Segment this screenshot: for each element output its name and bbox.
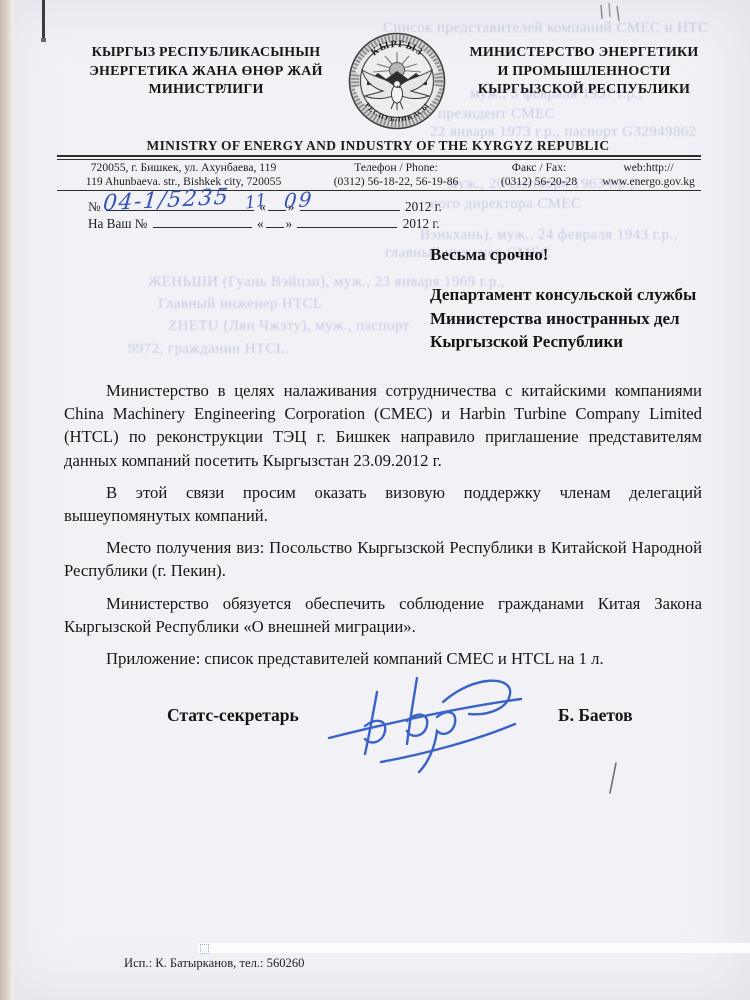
body-paragraph: Министерство обязуется обеспечить соблюд… — [64, 592, 702, 638]
addressee-line: Кыргызской Республики — [430, 330, 696, 354]
scan-blue-dot — [200, 944, 209, 954]
scan-white-band — [198, 943, 750, 953]
urgency-note: Весьма срочно! — [430, 245, 548, 265]
web-label: web:http:// — [596, 161, 701, 175]
org-name-kyrgyz: КЫРГЫЗ РЕСПУБЛИКАСЫНЫН ЭНЕРГЕТИКА ЖАНА Ө… — [62, 44, 350, 100]
org-name-kyrgyz-line: КЫРГЫЗ РЕСПУБЛИКАСЫНЫН — [62, 44, 350, 63]
punch-mark-line — [42, 0, 45, 39]
signature-title: Статс-секретарь — [167, 705, 299, 726]
fax-value: (0312) 56-20-28 — [482, 175, 596, 189]
addressee-block: Департамент консульской службы Министерс… — [430, 283, 696, 354]
handwritten-month: 09 — [283, 187, 314, 213]
org-name-russian-line: КЫРГЫЗСКОЙ РЕСПУБЛИКИ — [448, 81, 720, 100]
contact-table: 720055, г. Бишкек, ул. Ахунбаева, 119 11… — [57, 161, 701, 191]
ref-number-label: № — [88, 199, 101, 214]
handwritten-day: 11 — [244, 190, 267, 214]
org-name-russian-line: МИНИСТЕРСТВО ЭНЕРГЕТИКИ — [448, 44, 720, 63]
header-double-rule — [57, 155, 701, 160]
ghost-text-line: Главный инженер HTCL — [158, 296, 323, 313]
web-value: www.energo.gov.kg — [596, 175, 701, 189]
ref-onyour-blank — [153, 215, 252, 228]
address-ru: 720055, г. Бишкек, ул. Ахунбаева, 119 — [57, 161, 310, 175]
phone-value: (0312) 56-18-22, 56-19-86 — [310, 175, 482, 189]
contact-fax: Факс / Fax: (0312) 56-20-28 — [482, 161, 596, 190]
stray-pen-mark — [603, 760, 623, 798]
signature-scribble — [325, 666, 530, 781]
ref-onyour-label: На Ваш № — [88, 216, 147, 231]
scan-edge-strip — [0, 0, 13, 1000]
ghost-text-line: 9972, гражданин HTCL. — [128, 341, 290, 358]
ghost-text-line: ZHETU (Лян Чжэту), муж., паспорт — [168, 318, 410, 335]
ghost-text-line: президент СМЕС — [438, 106, 555, 123]
contact-address: 720055, г. Бишкек, ул. Ахунбаева, 119 11… — [57, 161, 310, 190]
quote-close: » — [286, 216, 293, 231]
footer-executor: Исп.: К. Батырканов, тел.: 560260 — [124, 956, 304, 971]
addressee-line: Министерства иностранных дел — [430, 307, 696, 331]
ref-year: 2012 г. — [403, 216, 440, 231]
ghost-text-line: Вэньхань), муж., 24 февраля 1943 г.р., — [420, 227, 678, 244]
fax-label: Факс / Fax: — [482, 161, 596, 175]
body-paragraph: Министерство в целях налаживания сотрудн… — [64, 379, 702, 472]
org-name-kyrgyz-line: ЭНЕРГЕТИКА ЖАНА ӨНӨР ЖАЙ — [62, 63, 350, 82]
scanned-letter-page: Список представителей компаний СМЕС и НТ… — [0, 0, 750, 1000]
ref-onyour-day-blank — [266, 215, 284, 228]
addressee-line: Департамент консульской службы — [430, 283, 696, 307]
contact-phone: Телефон / Phone: (0312) 56-18-22, 56-19-… — [310, 161, 482, 190]
letter-body: Министерство в целях налаживания сотрудн… — [64, 379, 702, 679]
org-name-russian-line: И ПРОМЫШЛЕННОСТИ — [448, 63, 720, 82]
org-name-kyrgyz-line: МИНИСТРЛИГИ — [62, 81, 350, 100]
body-paragraph: В этой связи просим оказать визовую подд… — [64, 481, 702, 527]
ministry-banner-en: MINISTRY OF ENERGY AND INDUSTRY OF THE K… — [55, 138, 701, 154]
signatory-name: Б. Баетов — [558, 705, 633, 726]
ref-onyour-row: На Ваш № «» 2012 г. — [88, 215, 440, 232]
ghost-text-line: ного директора СМЕС — [430, 196, 581, 213]
org-name-russian: МИНИСТЕРСТВО ЭНЕРГЕТИКИ И ПРОМЫШЛЕННОСТИ… — [448, 44, 720, 100]
body-paragraph: Место получения виз: Посольство Кыргызск… — [64, 536, 702, 582]
national-emblem: КЫРГЫЗ РЕСПУБЛИКАСЫ — [347, 30, 447, 132]
ref-month-blank — [300, 198, 400, 211]
quote-open: « — [257, 216, 264, 231]
phone-label: Телефон / Phone: — [310, 161, 482, 175]
contact-web: web:http:// www.energo.gov.kg — [596, 161, 701, 190]
ref-onyour-month-blank — [297, 215, 397, 228]
ref-year: 2012 г. — [405, 199, 442, 214]
